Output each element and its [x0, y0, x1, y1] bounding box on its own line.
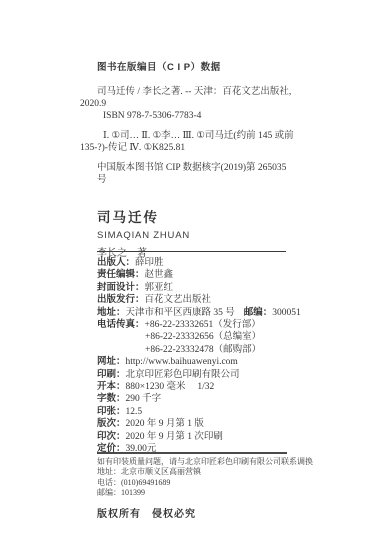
- field-label: 字数：: [97, 393, 126, 404]
- copyright-page: 图书在版编目（C I P）数据 司马迁传 / 李长之著. -- 天津：百花文艺出…: [0, 0, 375, 547]
- notice-address: 地址：北京市顺义区高丽营镇: [97, 467, 332, 477]
- field-value: 2020 年 9 月第 1 次印刷: [126, 432, 223, 442]
- cip-classification-line2: 135-?)-传记 Ⅳ. ①K825.81: [80, 142, 295, 154]
- row-phone-fax-2: +86-22-23332656（总编室）: [97, 331, 307, 343]
- book-title: 司马迁传: [97, 206, 190, 226]
- row-printing: 印次：2020 年 9 月第 1 次印刷: [97, 431, 307, 443]
- row-word-count: 字数：290 千字: [97, 393, 307, 405]
- field-label: 出版发行：: [97, 294, 145, 305]
- row-phone-fax-1: 电话传真：+86-22-23332651（发行部）: [97, 319, 307, 331]
- field-label: 出版人：: [97, 257, 135, 268]
- publication-info-block: 出版人：薛印胜 责任编辑：赵世鑫 封面设计：郭亚红 出版发行：百花文艺出版社 地…: [97, 257, 307, 456]
- copyright-statement: 版权所有 侵权必究: [97, 505, 196, 520]
- field-label: 电话传真：: [97, 319, 145, 330]
- field-label: 印张：: [97, 406, 126, 417]
- row-website: 网址：http://www.baihuawenyi.com: [97, 356, 307, 368]
- cip-block: 图书在版编目（C I P）数据 司马迁传 / 李长之著. -- 天津：百花文艺出…: [80, 62, 295, 186]
- row-format: 开本：880×1230 毫米 1/32: [97, 381, 307, 393]
- row-edition: 版次：2020 年 9 月第 1 版: [97, 418, 307, 430]
- field-label: 印刷：: [97, 369, 126, 380]
- field-value: 300051: [272, 308, 301, 318]
- book-title-pinyin: SIMAQIAN ZHUAN: [97, 230, 190, 241]
- cip-entry-line1: 司马迁传 / 李长之著. -- 天津：百花文艺出版社,: [97, 86, 295, 98]
- field-value: http://www.baihuawenyi.com: [126, 357, 238, 367]
- field-value: 2020 年 9 月第 1 版: [126, 419, 204, 429]
- notice-postcode: 邮编：101399: [97, 488, 332, 498]
- cip-entry-line2: 2020.9: [80, 98, 295, 110]
- field-label: 印次：: [97, 431, 126, 442]
- cip-record-number: 中国版本图书馆 CIP 数据核字(2019)第 265035 号: [97, 162, 295, 186]
- field-value: 12.5: [126, 407, 143, 417]
- field-value: 赵世鑫: [145, 270, 174, 280]
- field-value: 880×1230 毫米 1/32: [126, 382, 215, 392]
- row-address: 地址：天津市和平区西康路 35 号邮编：300051: [97, 307, 307, 319]
- field-value: 北京印匠彩色印刷有限公司: [126, 370, 240, 380]
- field-label: 封面设计：: [97, 282, 145, 293]
- cip-classification-line1: Ⅰ. ①司… Ⅱ. ①李… Ⅲ. ①司马迁(约前 145 或前: [103, 130, 295, 142]
- field-value: 百花文艺出版社: [145, 295, 212, 305]
- field-value: 薛印胜: [135, 258, 164, 268]
- field-value: 天津市和平区西康路 35 号: [126, 308, 235, 318]
- field-label: 邮编：: [244, 307, 273, 318]
- field-value: +86-22-23332478（邮购部）: [145, 345, 261, 355]
- row-sheets: 印张：12.5: [97, 406, 307, 418]
- field-value: +86-22-23332651（发行部）: [145, 320, 261, 330]
- notice-phone: 电话：(010)69491689: [97, 478, 332, 488]
- quality-notice-block: 如有印装质量问题，请与北京印匠彩色印刷有限公司联系调换 地址：北京市顺义区高丽营…: [97, 457, 332, 499]
- field-label: 责任编辑：: [97, 269, 145, 280]
- field-label: 地址：: [97, 307, 126, 318]
- isbn-line: ISBN 978-7-5306-7783-4: [103, 110, 295, 122]
- row-publisher-person: 出版人：薛印胜: [97, 257, 307, 269]
- row-publisher: 出版发行：百花文艺出版社: [97, 294, 307, 306]
- field-value: 郭亚红: [145, 283, 174, 293]
- row-printer: 印刷：北京印匠彩色印刷有限公司: [97, 369, 307, 381]
- row-phone-fax-3: +86-22-23332478（邮购部）: [97, 344, 307, 356]
- field-value: +86-22-23332656（总编室）: [145, 332, 261, 342]
- row-cover-design: 封面设计：郭亚红: [97, 282, 307, 294]
- notice-line: 如有印装质量问题，请与北京印匠彩色印刷有限公司联系调换: [97, 457, 332, 467]
- divider-rule-bottom: [97, 452, 287, 454]
- cip-heading: 图书在版编目（C I P）数据: [97, 62, 295, 74]
- row-responsible-editor: 责任编辑：赵世鑫: [97, 269, 307, 281]
- field-label: 开本：: [97, 381, 126, 392]
- field-label: 网址：: [97, 356, 126, 367]
- field-value: 290 千字: [126, 394, 162, 404]
- field-label: 版次：: [97, 418, 126, 429]
- divider-rule-top: [97, 251, 286, 252]
